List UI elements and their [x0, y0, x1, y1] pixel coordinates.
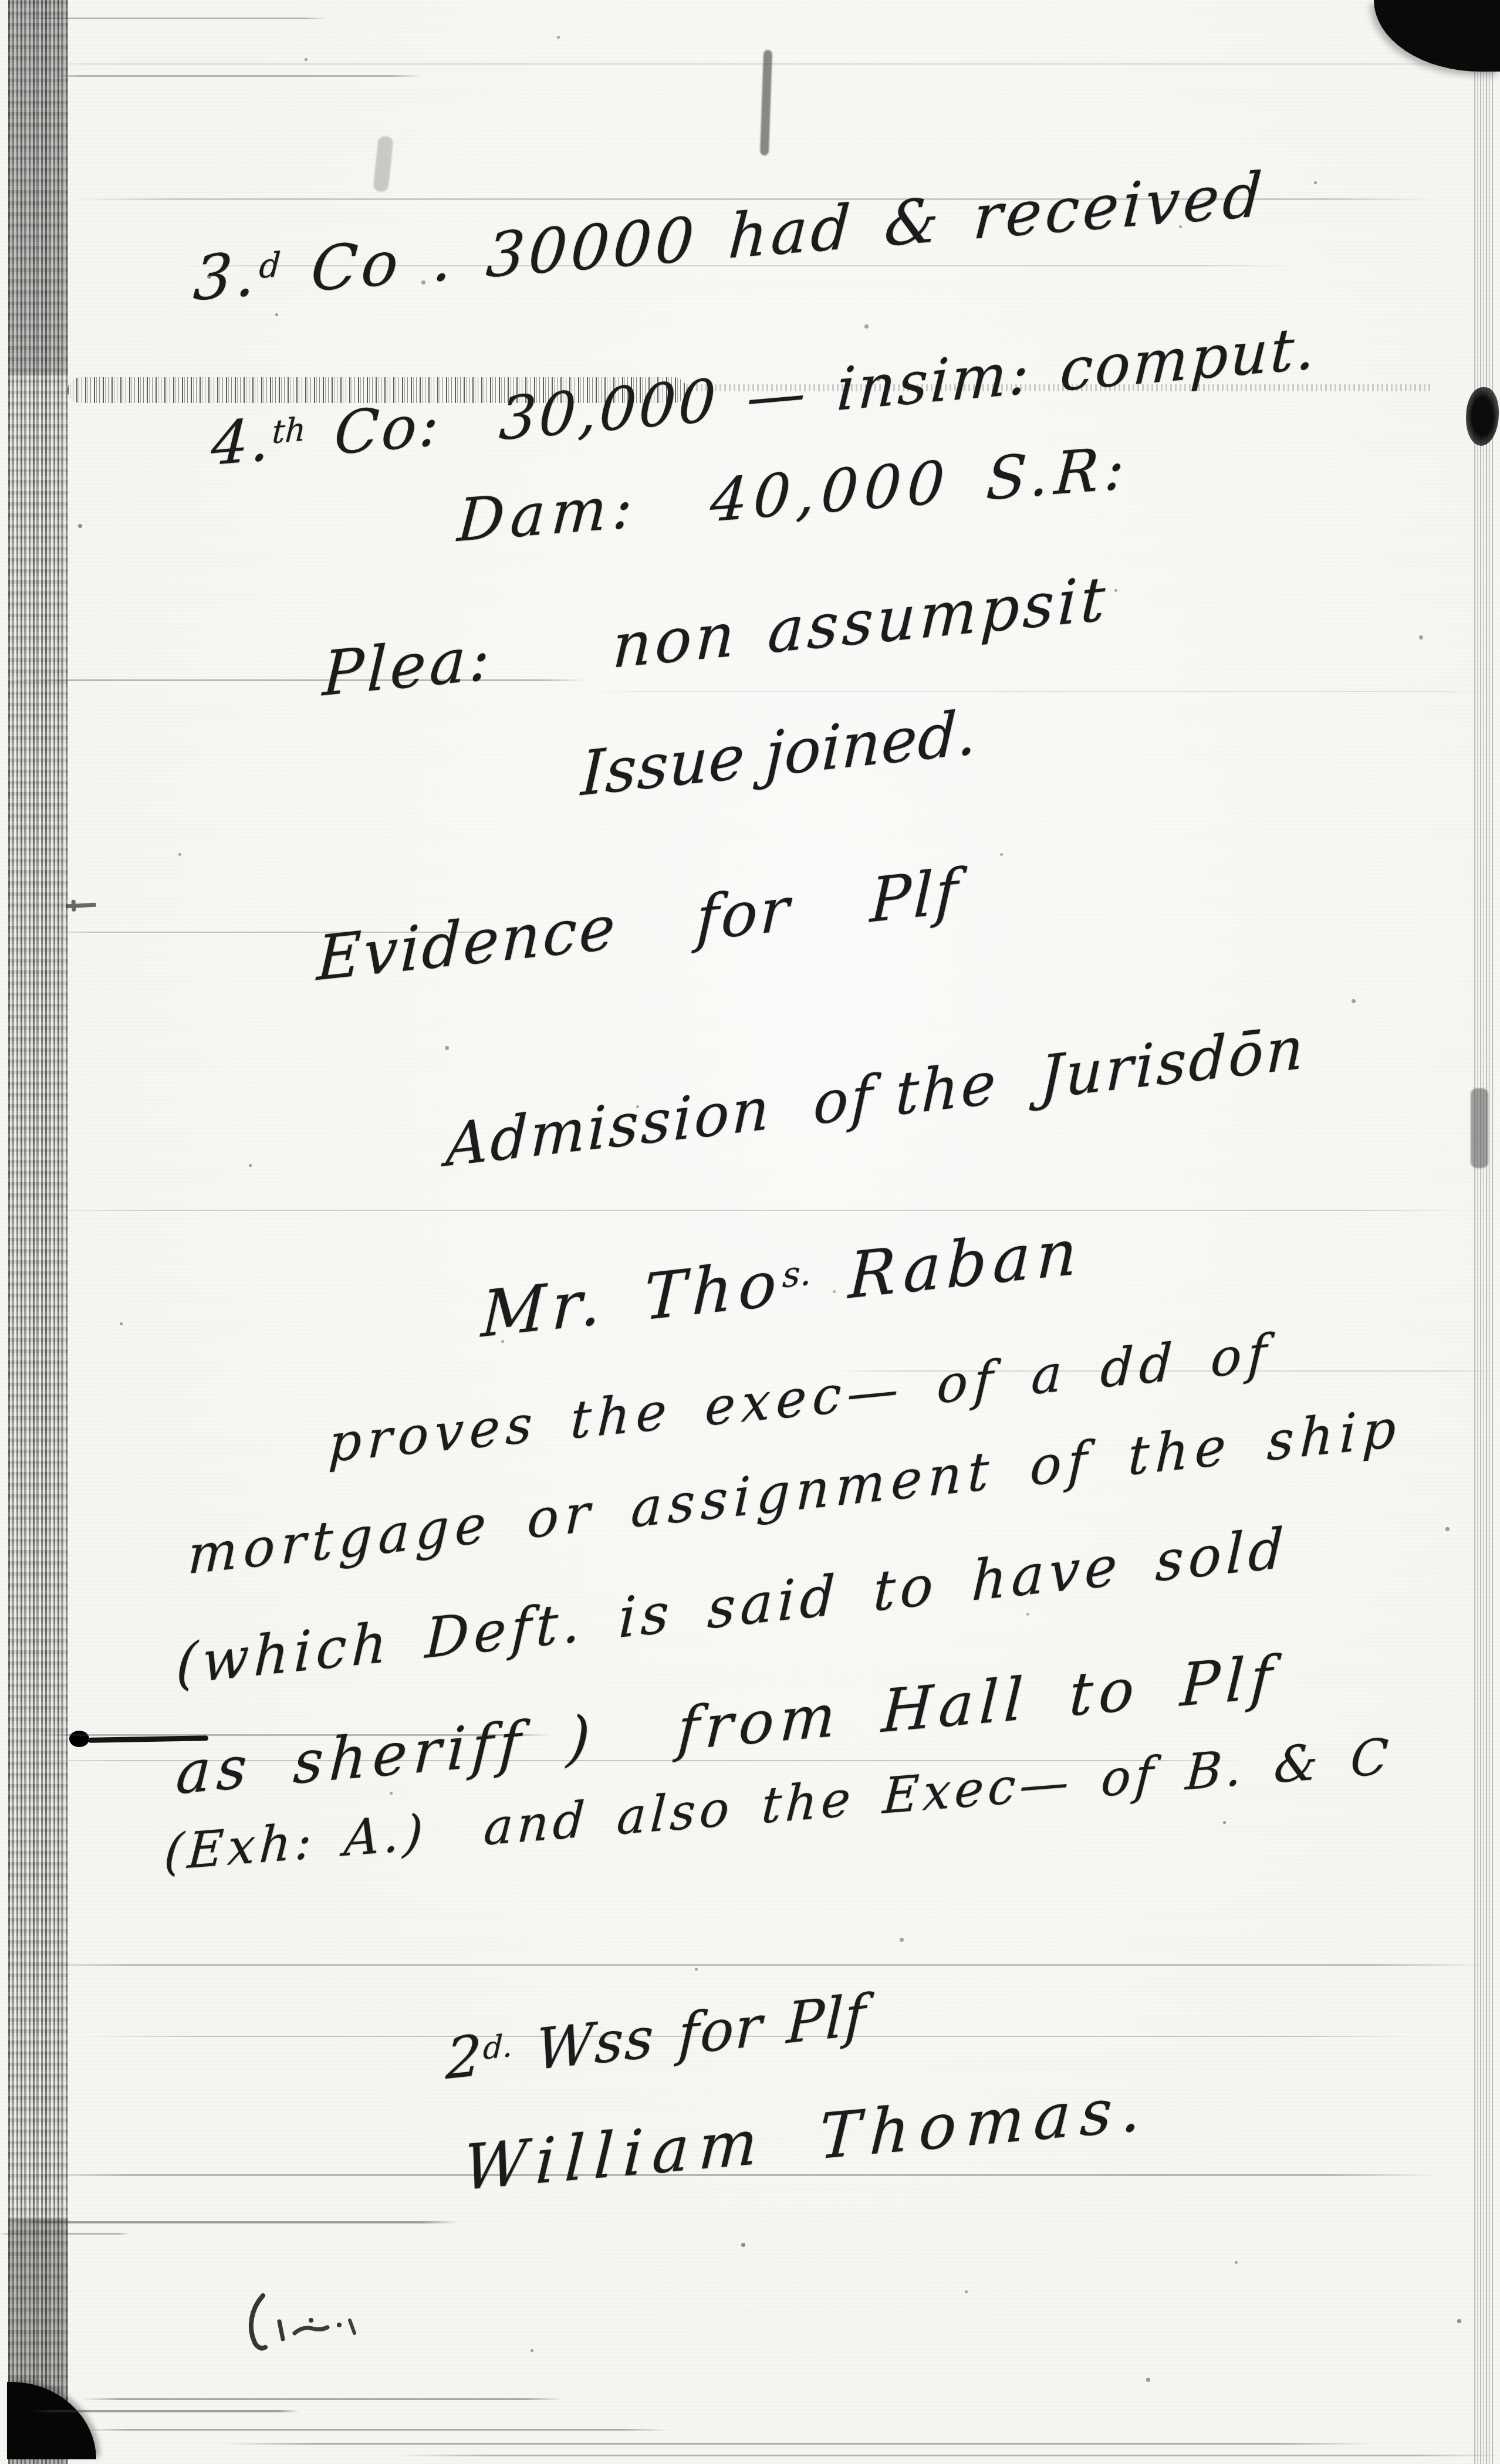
- manuscript-line-second-witness-name: William Thomas.: [462, 2072, 1153, 2204]
- edge-smudge-right: [1471, 1088, 1488, 1168]
- ink-smear-top: [760, 50, 772, 155]
- line-text: Evidence for Plf: [316, 855, 961, 994]
- line-text: Co . 30000 had & received: [278, 158, 1268, 308]
- manuscript-line-admission-jurisdiction: Admission of the Jurisdōn: [445, 1014, 1306, 1180]
- scan-streak: [223, 2443, 1373, 2445]
- scan-streak: [12, 2221, 458, 2223]
- manuscript-line-plea: Plea: non assumpsit: [321, 564, 1110, 710]
- ink-stain-bottom-left: [7, 2382, 96, 2459]
- scan-streak: [0, 2233, 129, 2235]
- page-corner-shadow: [1374, 0, 1500, 72]
- line-text: Mr. Tho: [480, 1247, 783, 1352]
- line-text: 4.: [210, 404, 273, 479]
- line-text: Issue joined.: [580, 696, 978, 810]
- scan-streak: [47, 75, 423, 77]
- line-superscript: d.: [482, 2028, 513, 2067]
- right-edge-band: [1474, 0, 1494, 2464]
- manuscript-line-damages-3rd-count: 3.d Co . 30000 had & received: [191, 160, 1267, 314]
- manuscript-line-damages-4th-count: 4.th Co: 30,000 — insim: comput.: [210, 314, 1319, 479]
- manuscript-line-second-witness: 2d. Wss for Plf: [445, 1982, 867, 2092]
- scan-streak: [23, 18, 329, 19]
- line-text: Wss for Plf: [511, 1982, 867, 2085]
- margin-mark: [66, 903, 96, 909]
- line-text: 2: [445, 2022, 484, 2093]
- scan-streak: [82, 2429, 669, 2431]
- manuscript-line-witness-name: Mr. Thos. Raban: [480, 1216, 1084, 1352]
- binding-edge-band: [8, 0, 68, 2464]
- scan-streak: [82, 2398, 563, 2400]
- line-superscript: th: [271, 410, 307, 451]
- scan-streak: [0, 63, 1500, 65]
- scan-streak: [12, 1964, 1491, 1966]
- line-text: Admission of the Jurisdōn: [445, 1013, 1306, 1180]
- scan-streak: [587, 691, 1500, 692]
- line-superscript: d: [258, 245, 282, 286]
- manuscript-line-damages-total: Dam: 40,000 S.R:: [455, 434, 1132, 554]
- line-text: William Thomas.: [462, 2072, 1153, 2204]
- manuscript-line-evidence-heading: Evidence for Plf: [316, 856, 961, 994]
- scan-streak: [35, 1210, 1467, 1211]
- line-text: Co: 30,000 — insim: comput.: [303, 313, 1319, 471]
- line-text: 3.: [191, 238, 261, 315]
- line-superscript: s.: [782, 1253, 812, 1297]
- line-text: Plea: non assumpsit: [321, 563, 1110, 710]
- scan-streak: [29, 2410, 299, 2412]
- scan-streak: [399, 2455, 1500, 2456]
- ink-scribble: [241, 2291, 381, 2355]
- manuscript-page-scan: 3.d Co . 30000 had & received 4.th Co: 3…: [0, 0, 1500, 2464]
- manuscript-line-issue-joined: Issue joined.: [580, 698, 978, 810]
- gray-smudge: [373, 136, 394, 192]
- line-text: Raban: [810, 1215, 1084, 1318]
- line-text: Dam: 40,000 S.R:: [455, 433, 1132, 555]
- paper-specks: [0, 0, 2, 2]
- ink-dot-margin: [69, 1731, 89, 1747]
